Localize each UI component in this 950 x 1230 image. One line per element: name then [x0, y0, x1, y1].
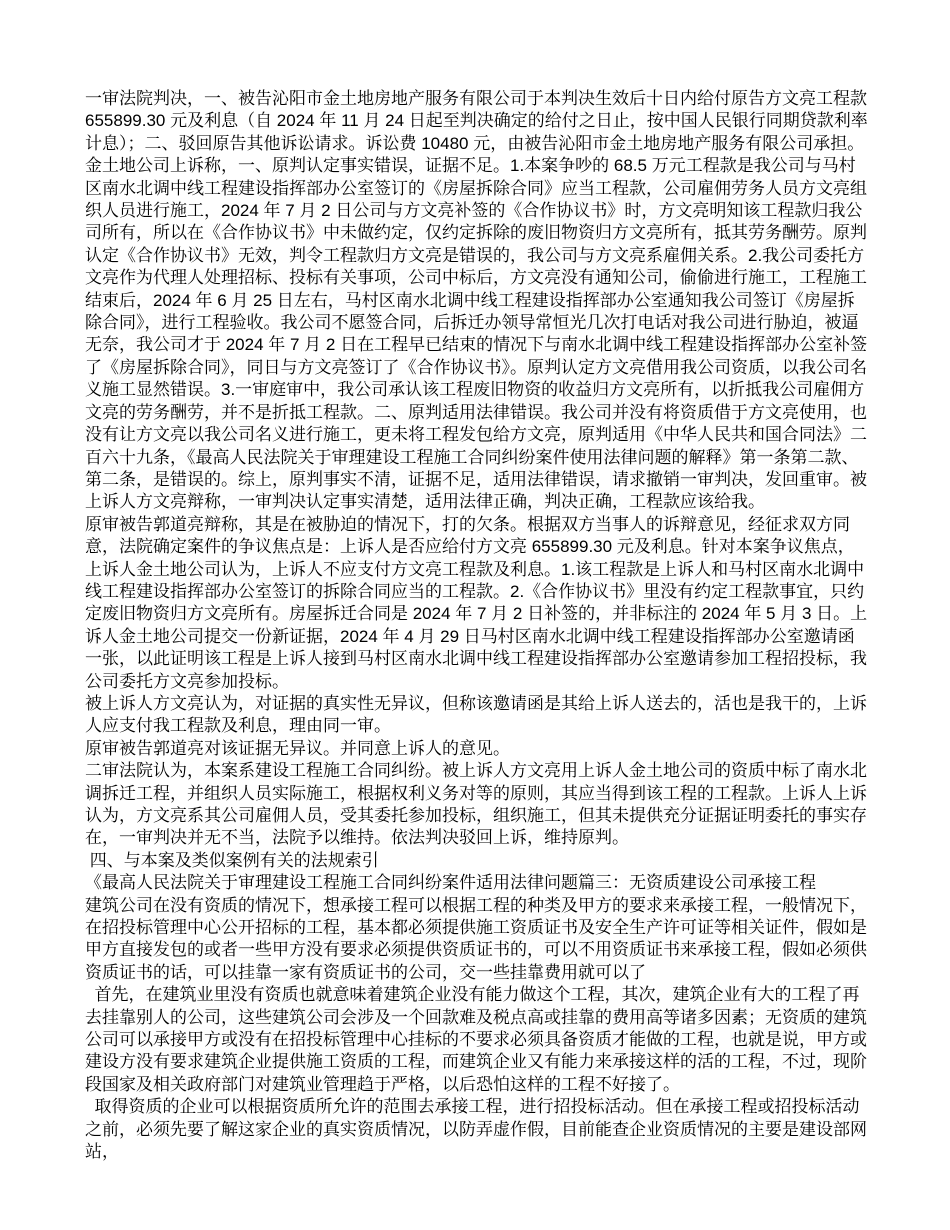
- judgment-text-block: 一审法院判决，一、被告沁阳市金土地房地产服务有限公司于本判决生效后十日内给付原告…: [85, 88, 870, 1164]
- paragraph: 取得资质的企业可以根据资质所允许的范围去承接工程，进行招投标活动。但在承接工程或…: [85, 1096, 870, 1163]
- paragraph: 原审被告郭道亮对该证据无异议。并同意上诉人的意见。: [85, 738, 870, 760]
- paragraph: 四、与本案及类似案例有关的法规索引: [85, 850, 870, 872]
- paragraph: 一审法院判决，一、被告沁阳市金土地房地产服务有限公司于本判决生效后十日内给付原告…: [85, 88, 870, 155]
- paragraph: 被上诉人方文亮认为，对证据的真实性无异议，但称该邀请函是其给上诉人送去的，活也是…: [85, 693, 870, 738]
- paragraph: 首先，在建筑业里没有资质也就意味着建筑企业没有能力做这个工程，其次，建筑企业有大…: [85, 984, 870, 1096]
- paragraph: 《最高人民法院关于审理建设工程施工合同纠纷案件适用法律问题篇三：无资质建设公司承…: [85, 872, 870, 894]
- paragraph: 原审被告郭道亮辩称，其是在被胁迫的情况下，打的欠条。根据双方当事人的诉辩意见，经…: [85, 514, 870, 693]
- paragraph: 二审法院认为，本案系建设工程施工合同纠纷。被上诉人方文亮用上诉人金土地公司的资质…: [85, 760, 870, 850]
- paragraph: 金土地公司上诉称，一、原判认定事实错误，证据不足。1.本案争吵的 68.5 万元…: [85, 155, 870, 514]
- document-page: 一审法院判决，一、被告沁阳市金土地房地产服务有限公司于本判决生效后十日内给付原告…: [0, 0, 950, 1230]
- paragraph: 建筑公司在没有资质的情况下，想承接工程可以根据工程的种类及甲方的要求来承接工程，…: [85, 895, 870, 985]
